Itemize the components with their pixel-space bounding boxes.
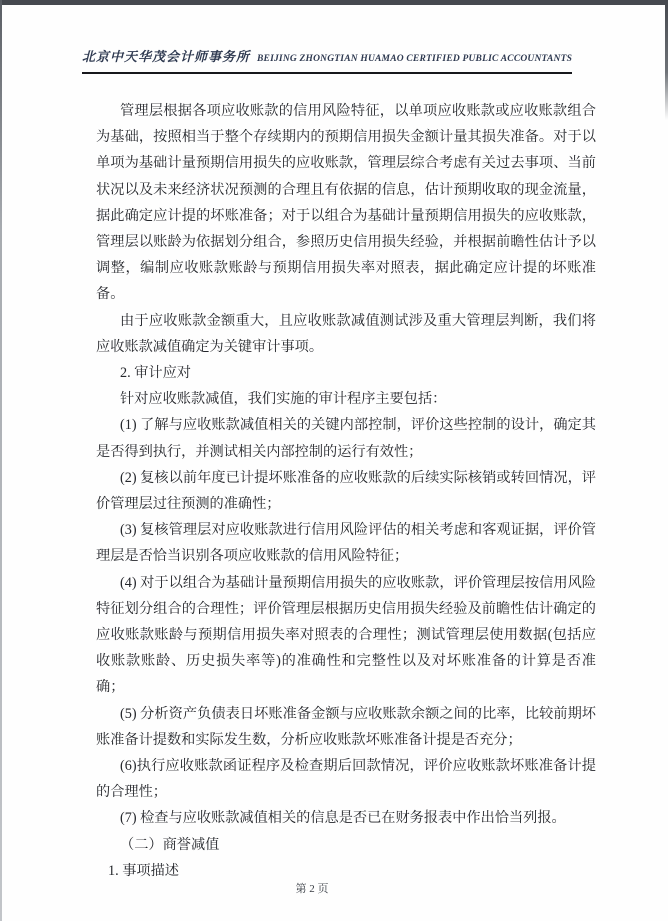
body-paragraph: (1) 了解与应收账款减值相关的关键内部控制，评价这些控制的设计，确定其是否得到… [96,412,596,464]
firm-name-chinese: 北京中天华茂会计师事务所 [82,49,250,64]
body-paragraph: 由于应收账款金额重大，且应收账款减值测试涉及重大管理层判断，我们将应收账款减值确… [96,308,596,360]
body-paragraph: (7) 检查与应收账款减值相关的信息是否已在财务报表中作出恰当列报。 [96,805,596,831]
scan-edge-left [0,0,2,921]
firm-name-english: BEIJING ZHONGTIAN HUAMAO CERTIFIED PUBLI… [257,54,572,64]
body-paragraph: (6)执行应收账款函证程序及检查期后回款情况，评价应收账款坏账准备计提的合理性； [96,753,596,805]
body-text: 管理层根据各项应收账款的信用风险特征，以单项应收账款或应收账款组合为基础，按照相… [96,98,596,884]
body-paragraph: 针对应收账款减值，我们实施的审计程序主要包括： [96,386,596,412]
body-paragraph: (4) 对于以组合为基础计量预期信用损失的应收账款，评价管理层按信用风险特征划分… [96,570,596,701]
body-paragraph: (2) 复核以前年度已计提坏账准备的应收账款的后续实际核销或转回情况，评价管理层… [96,465,596,517]
scan-edge-top [0,0,668,5]
document-page: 北京中天华茂会计师事务所BEIJING ZHONGTIAN HUAMAO CER… [0,0,668,921]
page-number: 第 2 页 [296,883,329,895]
page-footer: 第 2 页 [0,880,624,896]
body-paragraph: （二）商誉减值 [96,832,596,858]
body-paragraph: 2. 审计应对 [96,360,596,386]
body-paragraph: (3) 复核管理层对应收账款进行信用风险评估的相关考虑和客观证据，评价管理层是否… [96,517,596,569]
letterhead: 北京中天华茂会计师事务所BEIJING ZHONGTIAN HUAMAO CER… [82,46,572,74]
body-paragraph: 管理层根据各项应收账款的信用风险特征，以单项应收账款或应收账款组合为基础，按照相… [96,98,596,308]
body-paragraph: (5) 分析资产负债表日坏账准备金额与应收账款余额之间的比率，比较前期坏账准备计… [96,701,596,753]
